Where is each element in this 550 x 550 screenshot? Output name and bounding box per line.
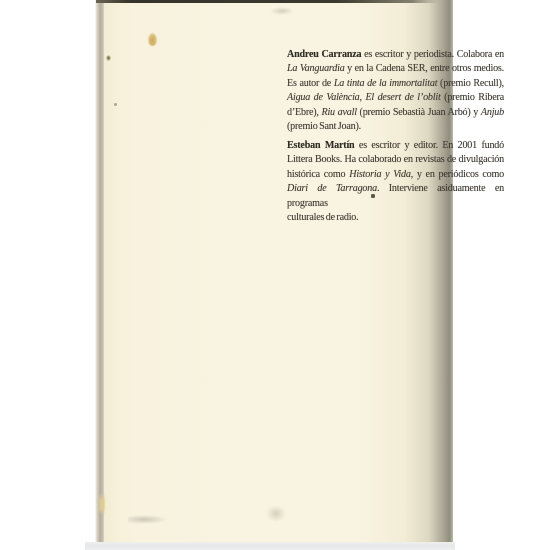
bio-text-run: La Vanguardia bbox=[287, 63, 345, 74]
book-page: Andreu Carranza es escritor y periodista… bbox=[104, 0, 453, 543]
bio-text-run: (premio Recull), bbox=[437, 78, 504, 89]
bio-text-run: Diari de Tarragona bbox=[287, 183, 377, 194]
bio-text-run: , y en periódicos como bbox=[411, 169, 504, 180]
bio-text-run: Riu avall bbox=[321, 107, 356, 118]
bio-text-run: Aigua de València bbox=[287, 92, 360, 103]
text-line: La Vanguardia y en la Cadena SER, entre … bbox=[287, 62, 504, 76]
bio-text-run: Es autor de bbox=[287, 78, 334, 89]
author-bio-martin: Esteban Martín es escritor y editor. En … bbox=[287, 139, 504, 225]
bio-text-run: (premio Ribera bbox=[441, 92, 504, 103]
text-line: Diari de Tarragona. Interviene asiduamen… bbox=[287, 182, 504, 211]
bio-text-run: Historia y Vida bbox=[349, 169, 411, 180]
bio-text-run: La tinta de la immortalitat bbox=[334, 78, 437, 89]
bio-text-run: histórica como bbox=[287, 169, 349, 180]
bio-text-run: El desert de l’oblit bbox=[365, 92, 440, 103]
text-line: Esteban Martín es escritor y editor. En … bbox=[287, 139, 504, 153]
author-name: Andreu Carranza bbox=[287, 49, 361, 60]
page-top-edge bbox=[96, 0, 440, 3]
text-line: histórica como Historia y Vida, y en per… bbox=[287, 168, 504, 182]
text-line: Es autor de La tinta de la immortalitat … bbox=[287, 77, 504, 91]
bio-text-run: es escritor y editor. En 2001 fundó bbox=[354, 140, 504, 151]
bio-text-run: y en la Cadena SER, entre otros medios. bbox=[345, 63, 504, 74]
bio-text-run: d’Ebre), bbox=[287, 107, 321, 118]
bio-text-run: es escritor y periodista. Colabora en bbox=[361, 49, 504, 60]
text-line: culturales de radio. bbox=[287, 211, 504, 225]
bio-text-run: Littera Books. Ha colaborado en revistas… bbox=[287, 154, 504, 165]
bio-text-run: (premio Sant Joan). bbox=[287, 121, 361, 132]
bio-text-run: Anjub bbox=[481, 107, 504, 118]
text-line: (premio Sant Joan). bbox=[287, 120, 504, 134]
book-flap-scan: Andreu Carranza es escritor y periodista… bbox=[0, 0, 550, 550]
author-name: Esteban Martín bbox=[287, 140, 354, 151]
text-line: Littera Books. Ha colaborado en revistas… bbox=[287, 153, 504, 167]
scanner-bottom-strip bbox=[85, 542, 455, 550]
text-line: Andreu Carranza es escritor y periodista… bbox=[287, 48, 504, 62]
text-line: Aigua de València, El desert de l’oblit … bbox=[287, 91, 504, 105]
bio-text-run: (premio Sebastià Juan Arbó) y bbox=[357, 107, 481, 118]
author-bios-text-block: Andreu Carranza es escritor y periodista… bbox=[287, 48, 504, 225]
text-line: d’Ebre), Riu avall (premio Sebastià Juan… bbox=[287, 106, 504, 120]
bio-text-run: culturales de radio. bbox=[287, 212, 358, 223]
author-bio-carranza: Andreu Carranza es escritor y periodista… bbox=[287, 48, 504, 134]
